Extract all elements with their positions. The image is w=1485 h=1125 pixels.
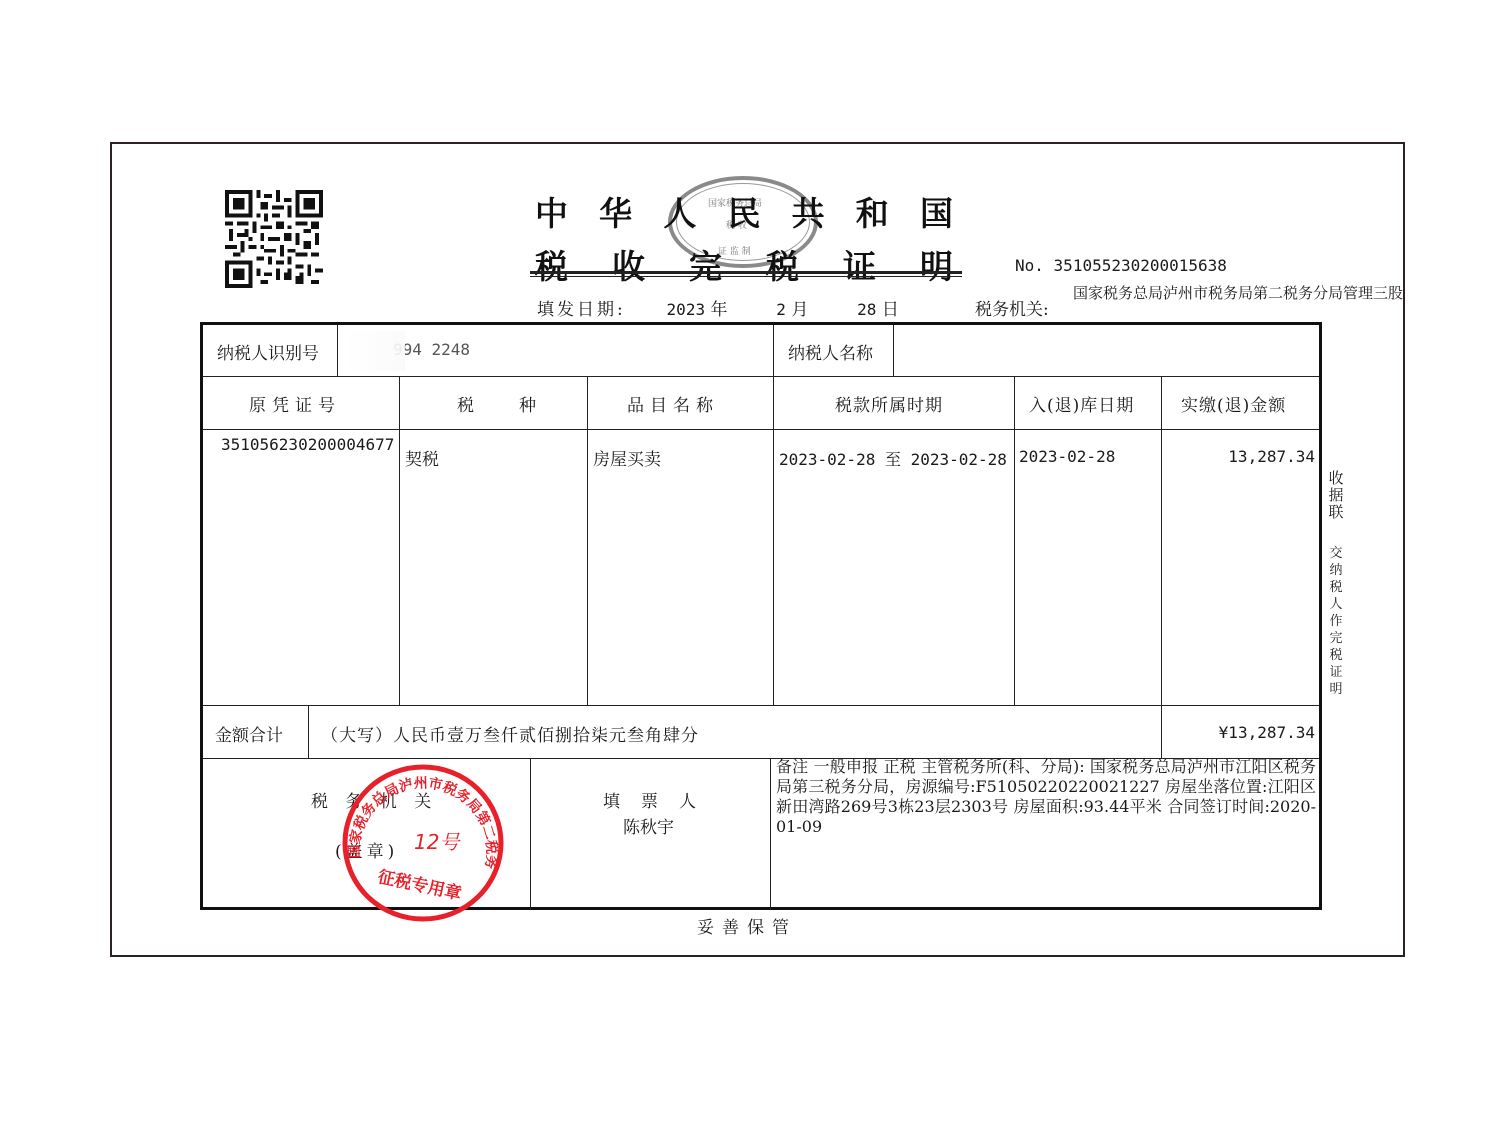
paid-amount: 13,287.34 [1228,447,1315,466]
col-divider [1161,376,1162,705]
tax-authority-value: 国家税务总局泸州市税务局第二税务分局管理三股 [1073,285,1403,302]
title-char: 完 [689,241,722,288]
col-header-storage-date: 入(退)库日期 [1029,391,1134,416]
col-header-item-name: 品目名称 [627,391,719,416]
col-divider [1014,376,1015,705]
title-char: 税 [535,241,568,288]
title-line-1: 中 华 人 民 共 和 国 [535,188,953,235]
row-divider [203,705,1319,706]
filler-name: 陈秋宇 [623,813,674,838]
col-header-voucher: 原凭证号 [249,391,341,416]
title-char: 国 [920,188,953,235]
title-underline-thick [530,271,962,274]
redaction-mask [345,331,405,371]
side-strip-bottom-text: 交纳税人作完税证明 [1326,545,1346,698]
tax-authority-label: 税务机关: [975,295,1049,320]
col-divider [773,376,774,705]
issue-day-unit: 日 [882,295,899,320]
col-divider [530,758,531,910]
issue-year-unit: 年 [710,295,727,320]
number-label: No. [1015,256,1044,275]
title-char: 税 [766,241,799,288]
remarks: 备注 一般申报 正税 主管税务所(科、分局): 国家税务总局泸州市江阳区税务局第… [776,757,1316,837]
col-divider [1161,705,1162,758]
issue-year: 2023 [667,300,706,319]
official-seal-stamp-icon: 国家税务总局泸州市税务局第二税务分局 12号 征税专用章 [340,763,506,923]
taxpayer-name-label: 纳税人名称 [788,339,873,364]
title-char: 华 [599,188,632,235]
col-header-period: 税款所属时期 [835,391,943,416]
stamp-bottom-text: 征税专用章 [376,866,464,904]
title-char: 民 [727,188,760,235]
col-divider [337,325,338,376]
title-char: 人 [663,188,696,235]
item-name: 房屋买卖 [593,445,661,470]
stamp-center-text: 12号 [414,830,461,854]
row-divider [203,376,1319,377]
side-strip-bottom: 交纳税人作完税证明 [1326,545,1346,698]
number-value: 351055230200015638 [1054,256,1227,275]
issue-date-label: 填发日期: [537,295,626,320]
col-divider [893,325,894,376]
title-underline-thin [530,276,962,277]
svg-text:国家税务总局泸州市税务局第二税务分局: 国家税务总局泸州市税务局第二税务分局 [340,763,500,870]
title-char: 证 [843,241,876,288]
keep-safe-note: 妥善保管 [697,913,797,938]
title-char: 共 [792,188,825,235]
certificate-number: No. 351055230200015638 [1015,256,1227,275]
filler-label: 填 票 人 [603,787,698,812]
title-char: 明 [920,241,953,288]
storage-date: 2023-02-28 [1019,447,1115,466]
col-divider [587,376,588,705]
issue-month-unit: 月 [791,295,808,320]
issue-day: 28 [857,300,876,319]
col-divider [399,376,400,705]
title-char: 和 [856,188,889,235]
qr-code-icon [224,190,324,288]
total-amount: ¥13,287.34 [1219,723,1315,742]
voucher-no: 351056230200004677 [221,435,394,454]
issue-date: 填发日期: 2023 年 2 月 28 日 [537,295,899,320]
title-char: 收 [612,241,645,288]
title-line-2: 税 收 完 税 证 明 [535,241,953,288]
tax-period: 2023-02-28 至 2023-02-28 [779,447,1007,470]
stamp-ring-text: 国家税务总局泸州市税务局第二税务分局 [340,763,500,870]
side-strip-top-text: 收据联 [1326,470,1346,521]
issue-month: 2 [776,300,786,319]
title-char: 中 [535,188,568,235]
total-label: 金额合计 [215,721,283,746]
tax-type: 契税 [405,445,439,470]
col-divider [773,325,774,376]
taxpayer-id-label: 纳税人识别号 [217,339,319,364]
side-strip-top: 收据联 [1326,470,1346,521]
total-in-words: （大写）人民币壹万叁仟贰佰捌拾柒元叁角肆分 [321,721,699,746]
col-header-amount: 实缴(退)金额 [1181,391,1286,416]
row-divider [203,429,1319,430]
col-header-tax-type: 税 种 [457,391,550,416]
col-divider [770,758,771,910]
col-divider [308,705,309,758]
